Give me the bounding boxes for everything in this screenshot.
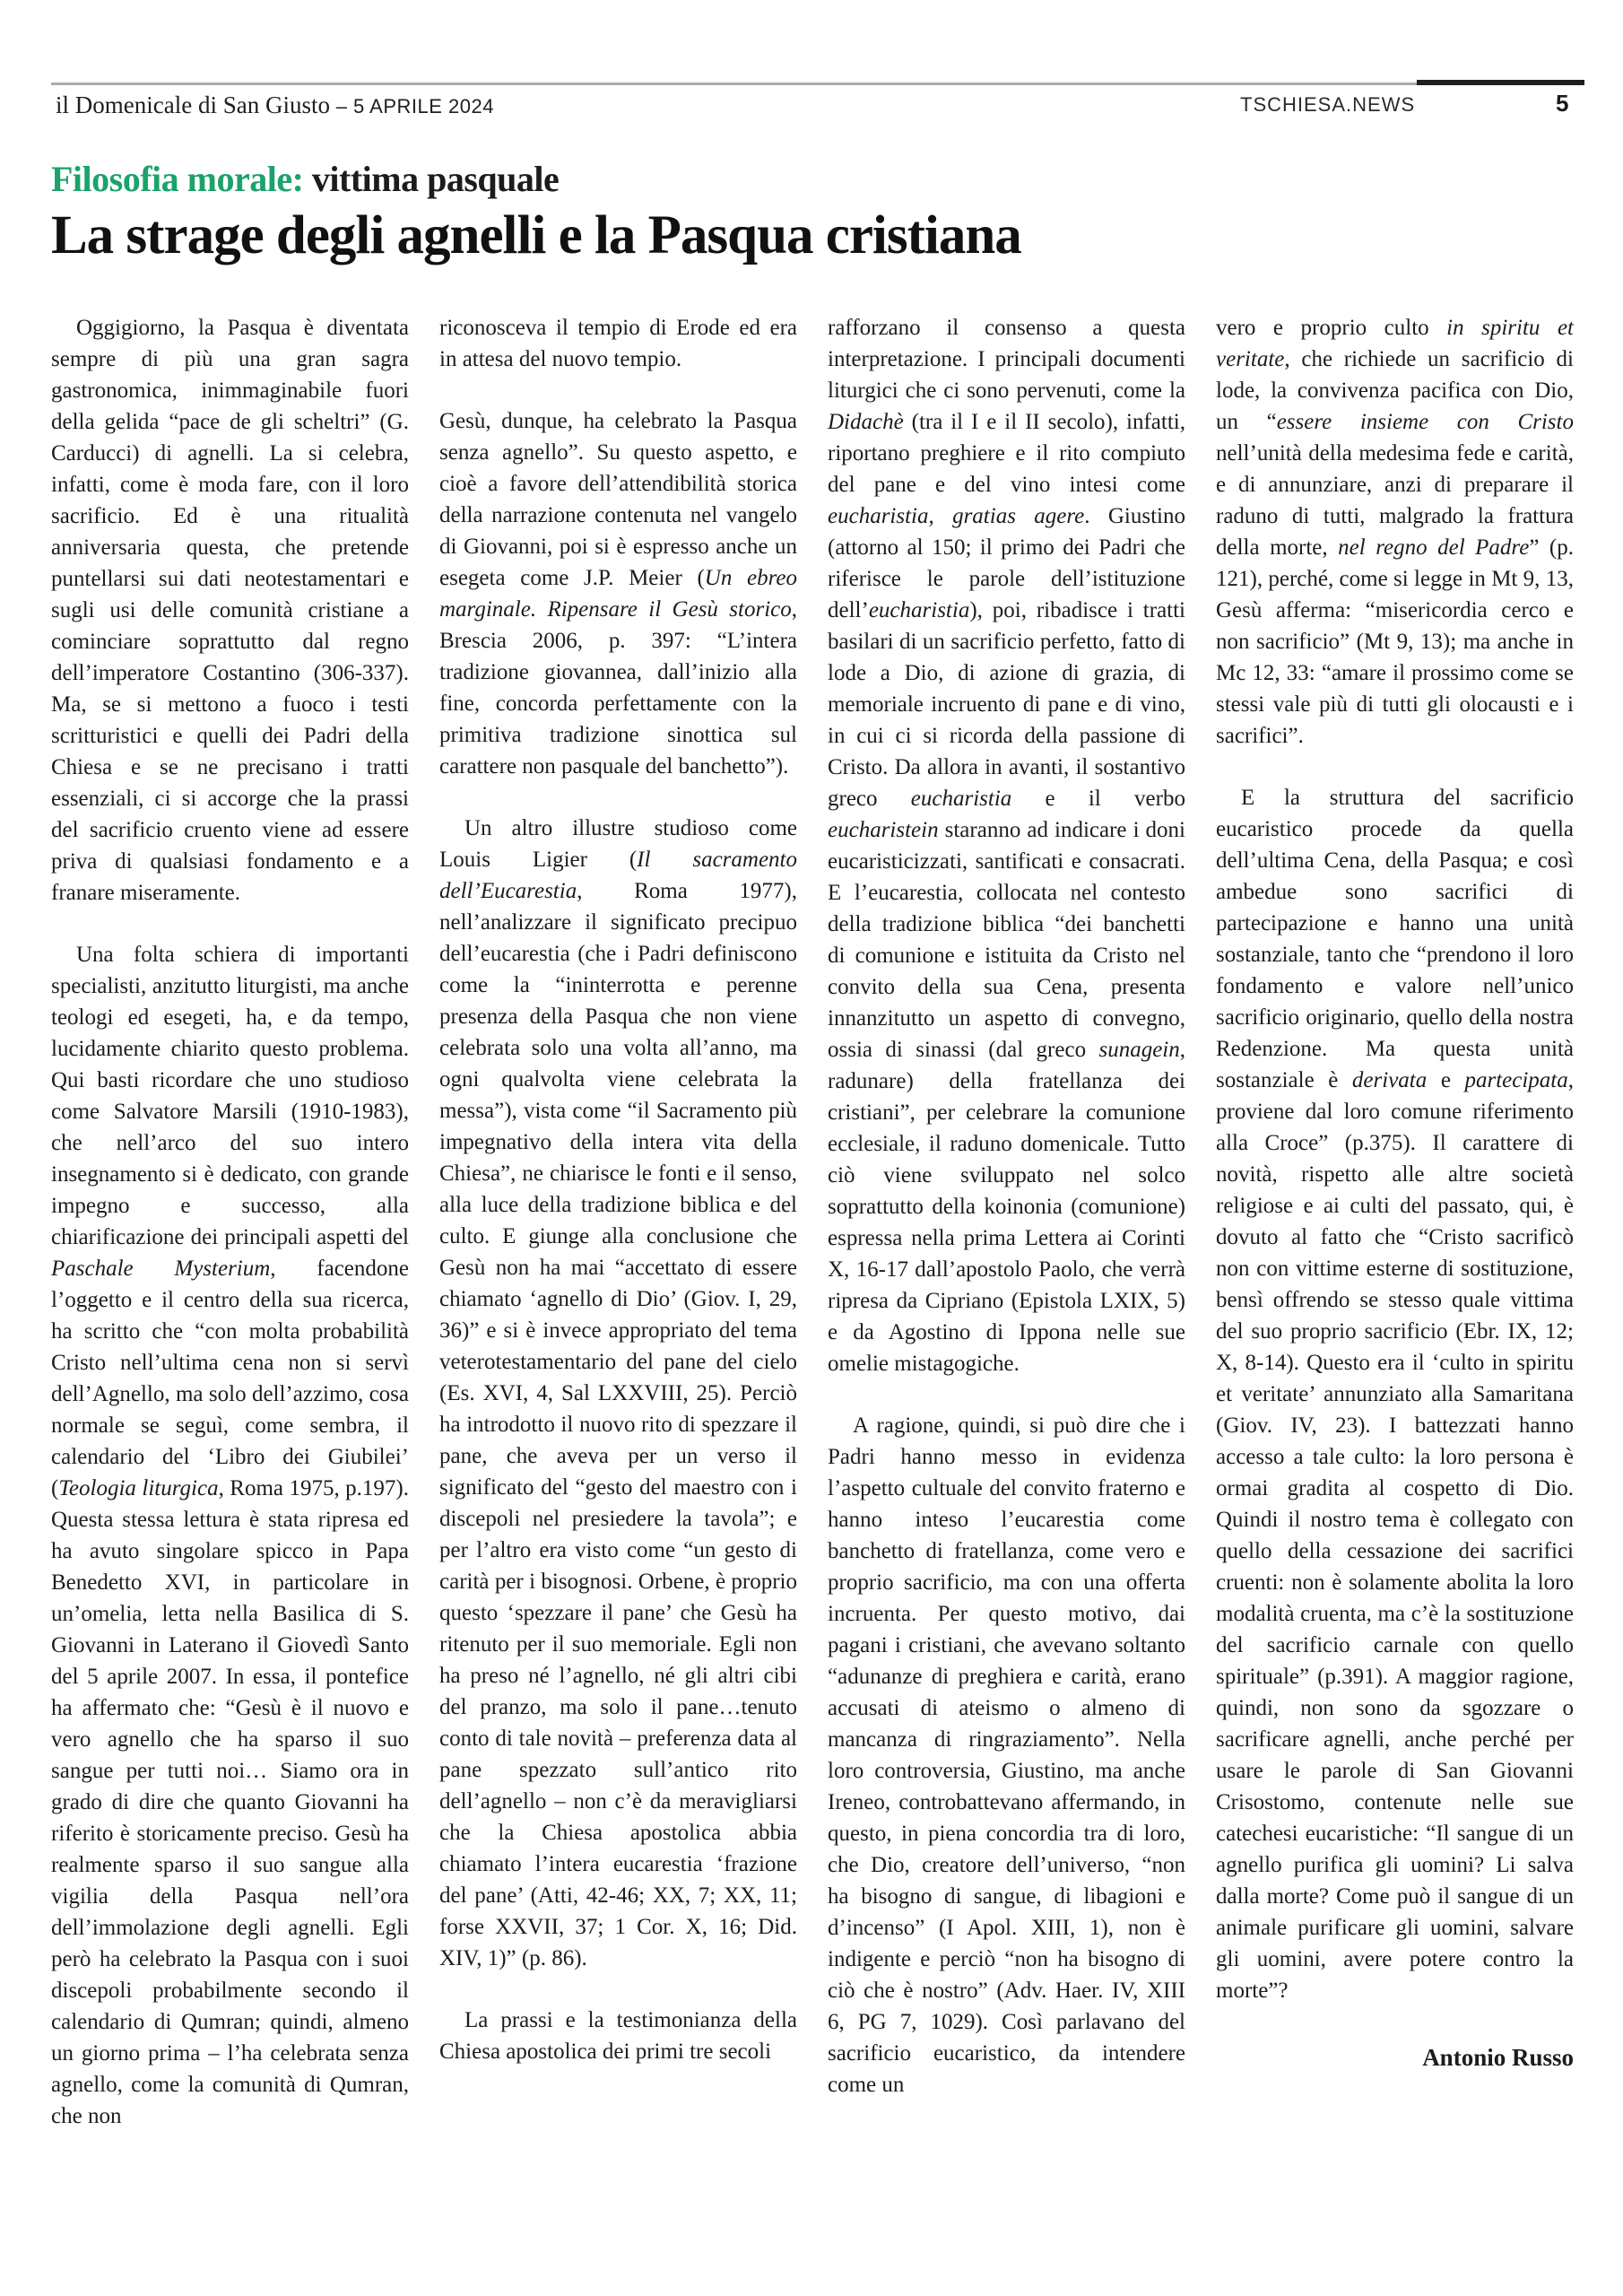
masthead-title: il Domenicale di San Giusto (56, 91, 336, 118)
text-column-1: Oggigiorno, la Pasqua è diventata sempre… (51, 312, 409, 2132)
column-paragraphs: rafforzano il consenso a questa interpre… (828, 312, 1185, 2100)
paragraph: Gesù, dunque, ha celebrato la Pasqua sen… (439, 405, 797, 782)
kicker: Filosofia morale: vittima pasquale (51, 158, 559, 200)
masthead: il Domenicale di San Giusto – 5 APRILE 2… (56, 91, 494, 119)
paragraph: Una folta schiera di importanti speciali… (51, 939, 409, 2132)
column-paragraphs: Oggigiorno, la Pasqua è diventata sempre… (51, 312, 409, 2132)
paragraph: riconosceva il tempio di Erode ed era in… (439, 312, 797, 375)
column-paragraphs: riconosceva il tempio di Erode ed era in… (439, 312, 797, 2067)
article-title: La strage degli agnelli e la Pasqua cris… (51, 204, 1021, 267)
paragraph: A ragione, quindi, si può dire che i Pad… (828, 1410, 1185, 2100)
masthead-date: – 5 APRILE 2024 (336, 95, 494, 117)
page-number: 5 (1556, 90, 1568, 117)
paragraph: E la struttura del sacrificio eucaristic… (1216, 782, 1574, 2006)
article-body: Oggigiorno, la Pasqua è diventata sempre… (51, 312, 1574, 2132)
header-rule-dark (1417, 80, 1584, 85)
text-column-3: rafforzano il consenso a questa interpre… (828, 312, 1185, 2132)
paragraph: La prassi e la testimonianza della Chies… (439, 2005, 797, 2067)
paragraph: Oggigiorno, la Pasqua è diventata sempre… (51, 312, 409, 909)
paragraph: vero e proprio culto in spiritu et verit… (1216, 312, 1574, 752)
kicker-subtitle: vittima pasquale (303, 159, 559, 199)
header-rule-light (51, 83, 1417, 85)
byline: Antonio Russo (1216, 2042, 1574, 2074)
site-name: TSCHIESA.NEWS (1240, 93, 1415, 117)
text-column-2: riconosceva il tempio di Erode ed era in… (439, 312, 797, 2132)
text-column-4: vero e proprio culto in spiritu et verit… (1216, 312, 1574, 2132)
paragraph: rafforzano il consenso a questa interpre… (828, 312, 1185, 1379)
column-paragraphs: vero e proprio culto in spiritu et verit… (1216, 312, 1574, 2006)
paragraph: Un altro illustre studioso come Louis Li… (439, 813, 797, 1974)
newspaper-page: il Domenicale di San Giusto – 5 APRILE 2… (0, 0, 1623, 2296)
kicker-section-label: Filosofia morale: (51, 159, 303, 199)
